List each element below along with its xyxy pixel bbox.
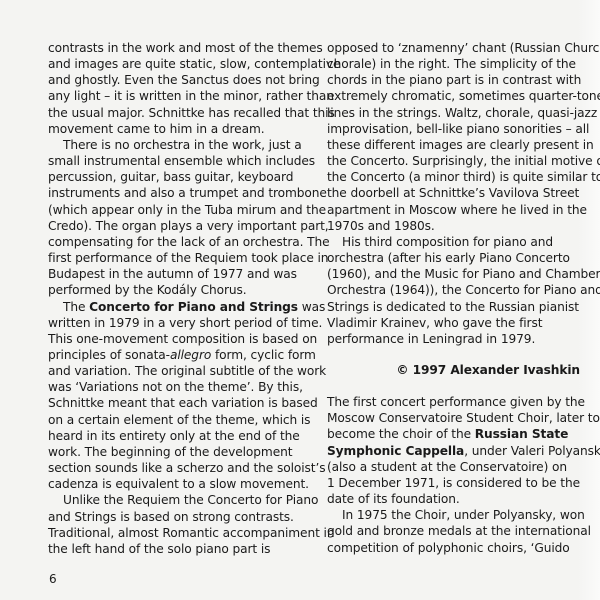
text-line: chords in the piano part is in contrast …	[327, 72, 585, 88]
text-line: and images are quite static, slow, conte…	[48, 56, 300, 72]
text-line: Traditional, almost Romantic accompanime…	[48, 525, 300, 541]
text-line: heard in its entirety only at the end of…	[48, 428, 300, 444]
text-line: Unlike the Requiem the Concerto for Pian…	[48, 492, 300, 508]
text-line: competition of polyphonic choirs, ‘Guido	[327, 540, 585, 556]
text-line: Vladimir Krainev, who gave the first	[327, 315, 585, 331]
text-line: first performance of the Requiem took pl…	[48, 250, 300, 266]
text-line: Credo). The organ plays a very important…	[48, 218, 300, 234]
text-line: chorale) in the right. The simplicity of…	[327, 56, 585, 72]
concerto-title-bold: Concerto for Piano and Strings	[89, 300, 298, 314]
paragraph-concerto-images: opposed to ‘znamenny’ chant (Russian Chu…	[327, 40, 585, 234]
text-line: section sounds like a scherzo and the so…	[48, 460, 300, 476]
text-line: written in 1979 in a very short period o…	[48, 315, 300, 331]
text-line: the Concerto. Surprisingly, the initial …	[327, 153, 585, 169]
text-line: and Strings is based on strong contrasts…	[48, 509, 300, 525]
text-line: Budapest in the autumn of 1977 and was	[48, 266, 300, 282]
text-line: cadenza is equivalent to a slow movement…	[48, 476, 300, 492]
text-line: (which appear only in the Tuba mirum and…	[48, 202, 300, 218]
text-line: and ghostly. Even the Sanctus does not b…	[48, 72, 300, 88]
paragraph-concerto-contrasts: Unlike the Requiem the Concerto for Pian…	[48, 492, 300, 557]
text-line: date of its foundation.	[327, 491, 585, 507]
text-line: any light – it is written in the minor, …	[48, 88, 300, 104]
text-line: orchestra (after his early Piano Concert…	[327, 250, 585, 266]
text-line: contrasts in the work and most of the th…	[48, 40, 300, 56]
text-line: performance in Leningrad in 1979.	[327, 331, 585, 347]
text-line: the doorbell at Schnittke’s Vavilova Str…	[327, 185, 585, 201]
text-line: lines in the strings. Waltz, chorale, qu…	[327, 105, 585, 121]
text-line: these different images are clearly prese…	[327, 137, 585, 153]
paragraph-choir-history: The first concert performance given by t…	[327, 394, 585, 507]
text-line: small instrumental ensemble which includ…	[48, 153, 300, 169]
text-line: gold and bronze medals at the internatio…	[327, 523, 585, 539]
text-line: was ‘Variations not on the theme’. By th…	[48, 379, 300, 395]
right-column: opposed to ‘znamenny’ chant (Russian Chu…	[327, 40, 585, 556]
text-line: opposed to ‘znamenny’ chant (Russian Chu…	[327, 40, 585, 56]
text-run: form, cyclic form	[211, 348, 316, 362]
text-line: percussion, guitar, bass guitar, keyboar…	[48, 169, 300, 185]
text-line: 1970s and 1980s.	[327, 218, 585, 234]
paragraph-requiem-ensemble: There is no orchestra in the work, just …	[48, 137, 300, 299]
text-line: principles of sonata-allegro form, cycli…	[48, 347, 300, 363]
text-line: instruments and also a trumpet and tromb…	[48, 185, 300, 201]
text-line: improvisation, bell-like piano sonoritie…	[327, 121, 585, 137]
allegro-italic: allegro	[170, 348, 211, 362]
text-line: compensating for the lack of an orchestr…	[48, 234, 300, 250]
text-line: Schnittke meant that each variation is b…	[48, 395, 300, 411]
paragraph-requiem-character: contrasts in the work and most of the th…	[48, 40, 300, 137]
text-run: become the choir of the	[327, 427, 475, 441]
text-line: the usual major. Schnittke has recalled …	[48, 105, 300, 121]
text-line: Strings is dedicated to the Russian pian…	[327, 299, 585, 315]
text-line: 1 December 1971, is considered to be the	[327, 475, 585, 491]
page-number: 6	[49, 572, 57, 586]
text-line: the Concerto (a minor third) is quite si…	[327, 169, 585, 185]
paragraph-concerto-dedication: His third composition for piano and orch…	[327, 234, 585, 347]
text-line: Symphonic Cappella, under Valeri Polyans…	[327, 443, 585, 459]
text-line: The first concert performance given by t…	[327, 394, 585, 410]
choir-name-bold: Symphonic Cappella	[327, 444, 464, 458]
text-line: The Concerto for Piano and Strings was	[48, 299, 300, 315]
text-line: (1960), and the Music for Piano and Cham…	[327, 266, 585, 282]
copyright-credit: © 1997 Alexander Ivashkin	[327, 362, 585, 378]
paragraph-choir-awards: In 1975 the Choir, under Polyansky, won …	[327, 507, 585, 555]
text-run: , under Valeri Polyansky	[464, 444, 600, 458]
text-line: performed by the Kodály Chorus.	[48, 282, 300, 298]
text-line: and variation. The original subtitle of …	[48, 363, 300, 379]
text-line: (also a student at the Conservatoire) on	[327, 459, 585, 475]
paragraph-concerto-intro: The Concerto for Piano and Strings was w…	[48, 299, 300, 493]
left-column: contrasts in the work and most of the th…	[48, 40, 300, 557]
text-line: extremely chromatic, sometimes quarter-t…	[327, 88, 585, 104]
text-line: become the choir of the Russian State	[327, 426, 585, 442]
text-line: His third composition for piano and	[327, 234, 585, 250]
text-line: work. The beginning of the development	[48, 444, 300, 460]
text-line: This one-movement composition is based o…	[48, 331, 300, 347]
text-line: the left hand of the solo piano part is	[48, 541, 300, 557]
text-line: Orchestra (1964)), the Concerto for Pian…	[327, 282, 585, 298]
text-line: There is no orchestra in the work, just …	[48, 137, 300, 153]
text-line: apartment in Moscow where he lived in th…	[327, 202, 585, 218]
text-line: Moscow Conservatoire Student Choir, late…	[327, 410, 585, 426]
text-line: In 1975 the Choir, under Polyansky, won	[327, 507, 585, 523]
text-line: movement came to him in a dream.	[48, 121, 300, 137]
text-run: principles of sonata-	[48, 348, 170, 362]
text-line: on a certain element of the theme, which…	[48, 412, 300, 428]
text-run: The	[63, 300, 89, 314]
choir-name-bold: Russian State	[475, 427, 569, 441]
text-run: was	[298, 300, 325, 314]
